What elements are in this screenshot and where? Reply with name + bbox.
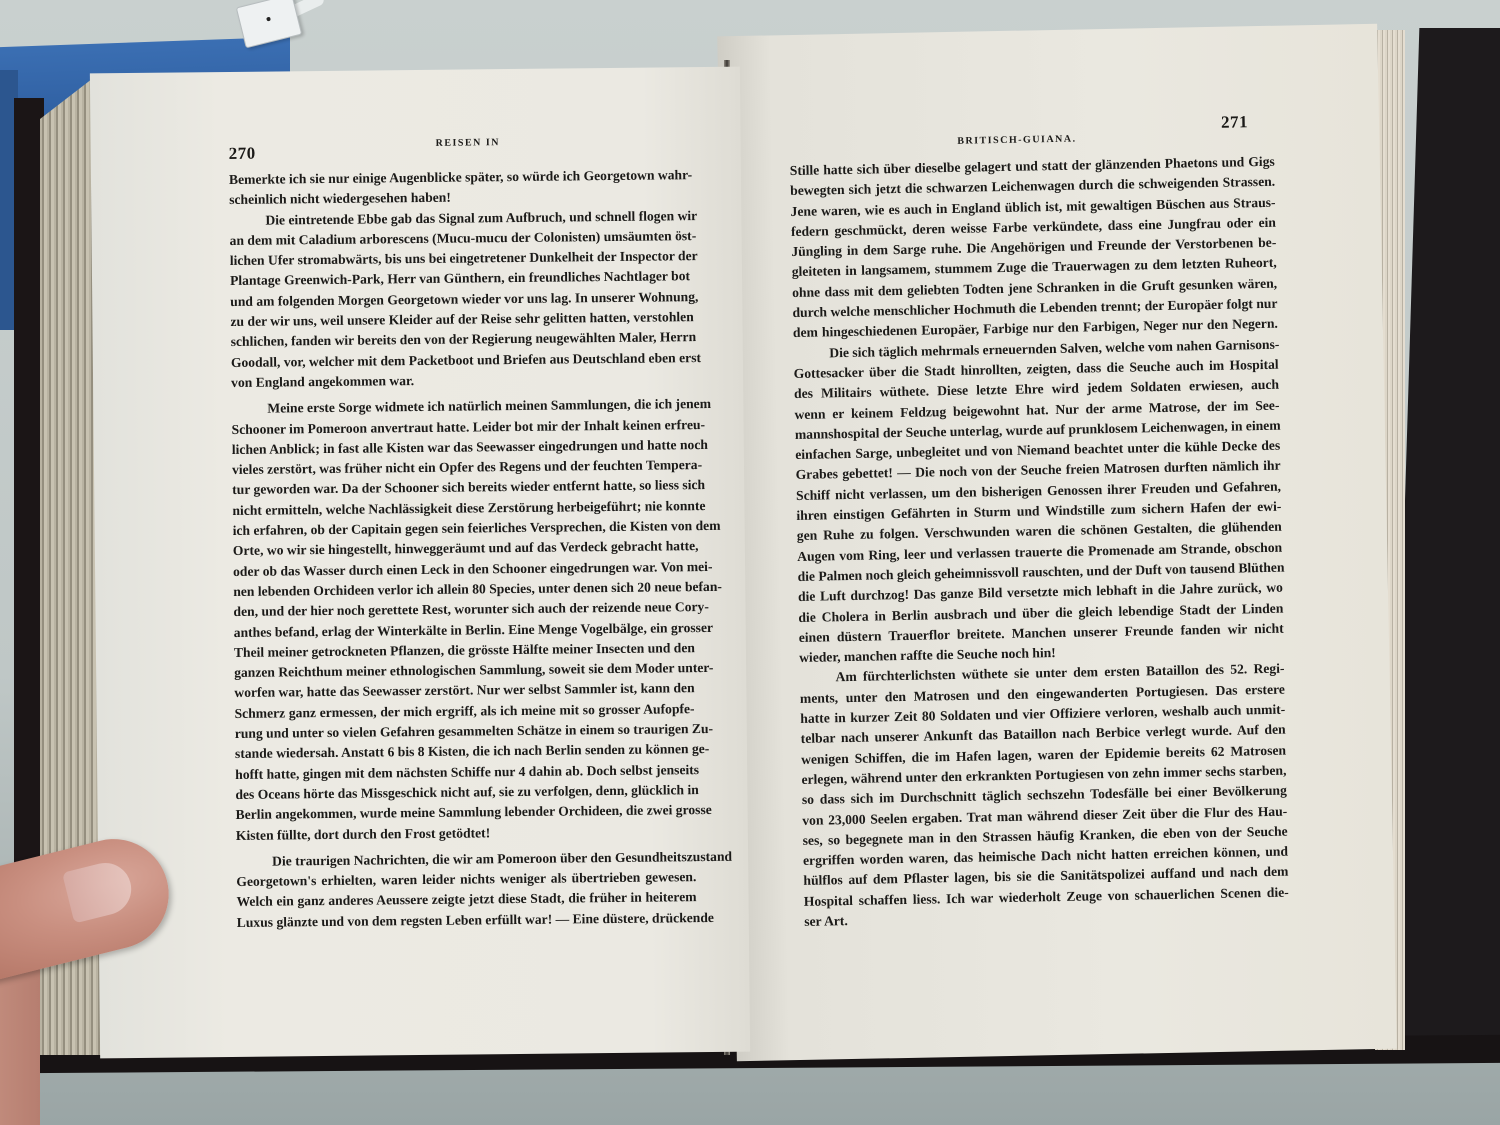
thumbnail-nail: [62, 857, 137, 923]
binder-clip-icon: [236, 0, 302, 48]
text-line: von England angekommen war.: [231, 368, 691, 393]
page-number: 270: [229, 144, 256, 164]
right-page: 271 BRITISCH-GUIANA. Stille hatte sich ü…: [717, 24, 1397, 1061]
text-line: Kisten füllte, dort durch den Frost getö…: [236, 821, 696, 846]
left-page: 270 REISEN IN Bemerkte ich sie nur einig…: [90, 67, 750, 1059]
body-text: Stille hatte sich über dieselbe gelagert…: [790, 152, 1290, 932]
page-number: 271: [1221, 112, 1248, 133]
text-line: Luxus glänzte und von dem regsten Leben …: [237, 908, 697, 933]
body-text: Bemerkte ich sie nur einige Augenblicke …: [229, 165, 697, 933]
running-head: BRITISCH-GUIANA.: [957, 134, 1076, 147]
running-head: REISEN IN: [436, 137, 500, 149]
